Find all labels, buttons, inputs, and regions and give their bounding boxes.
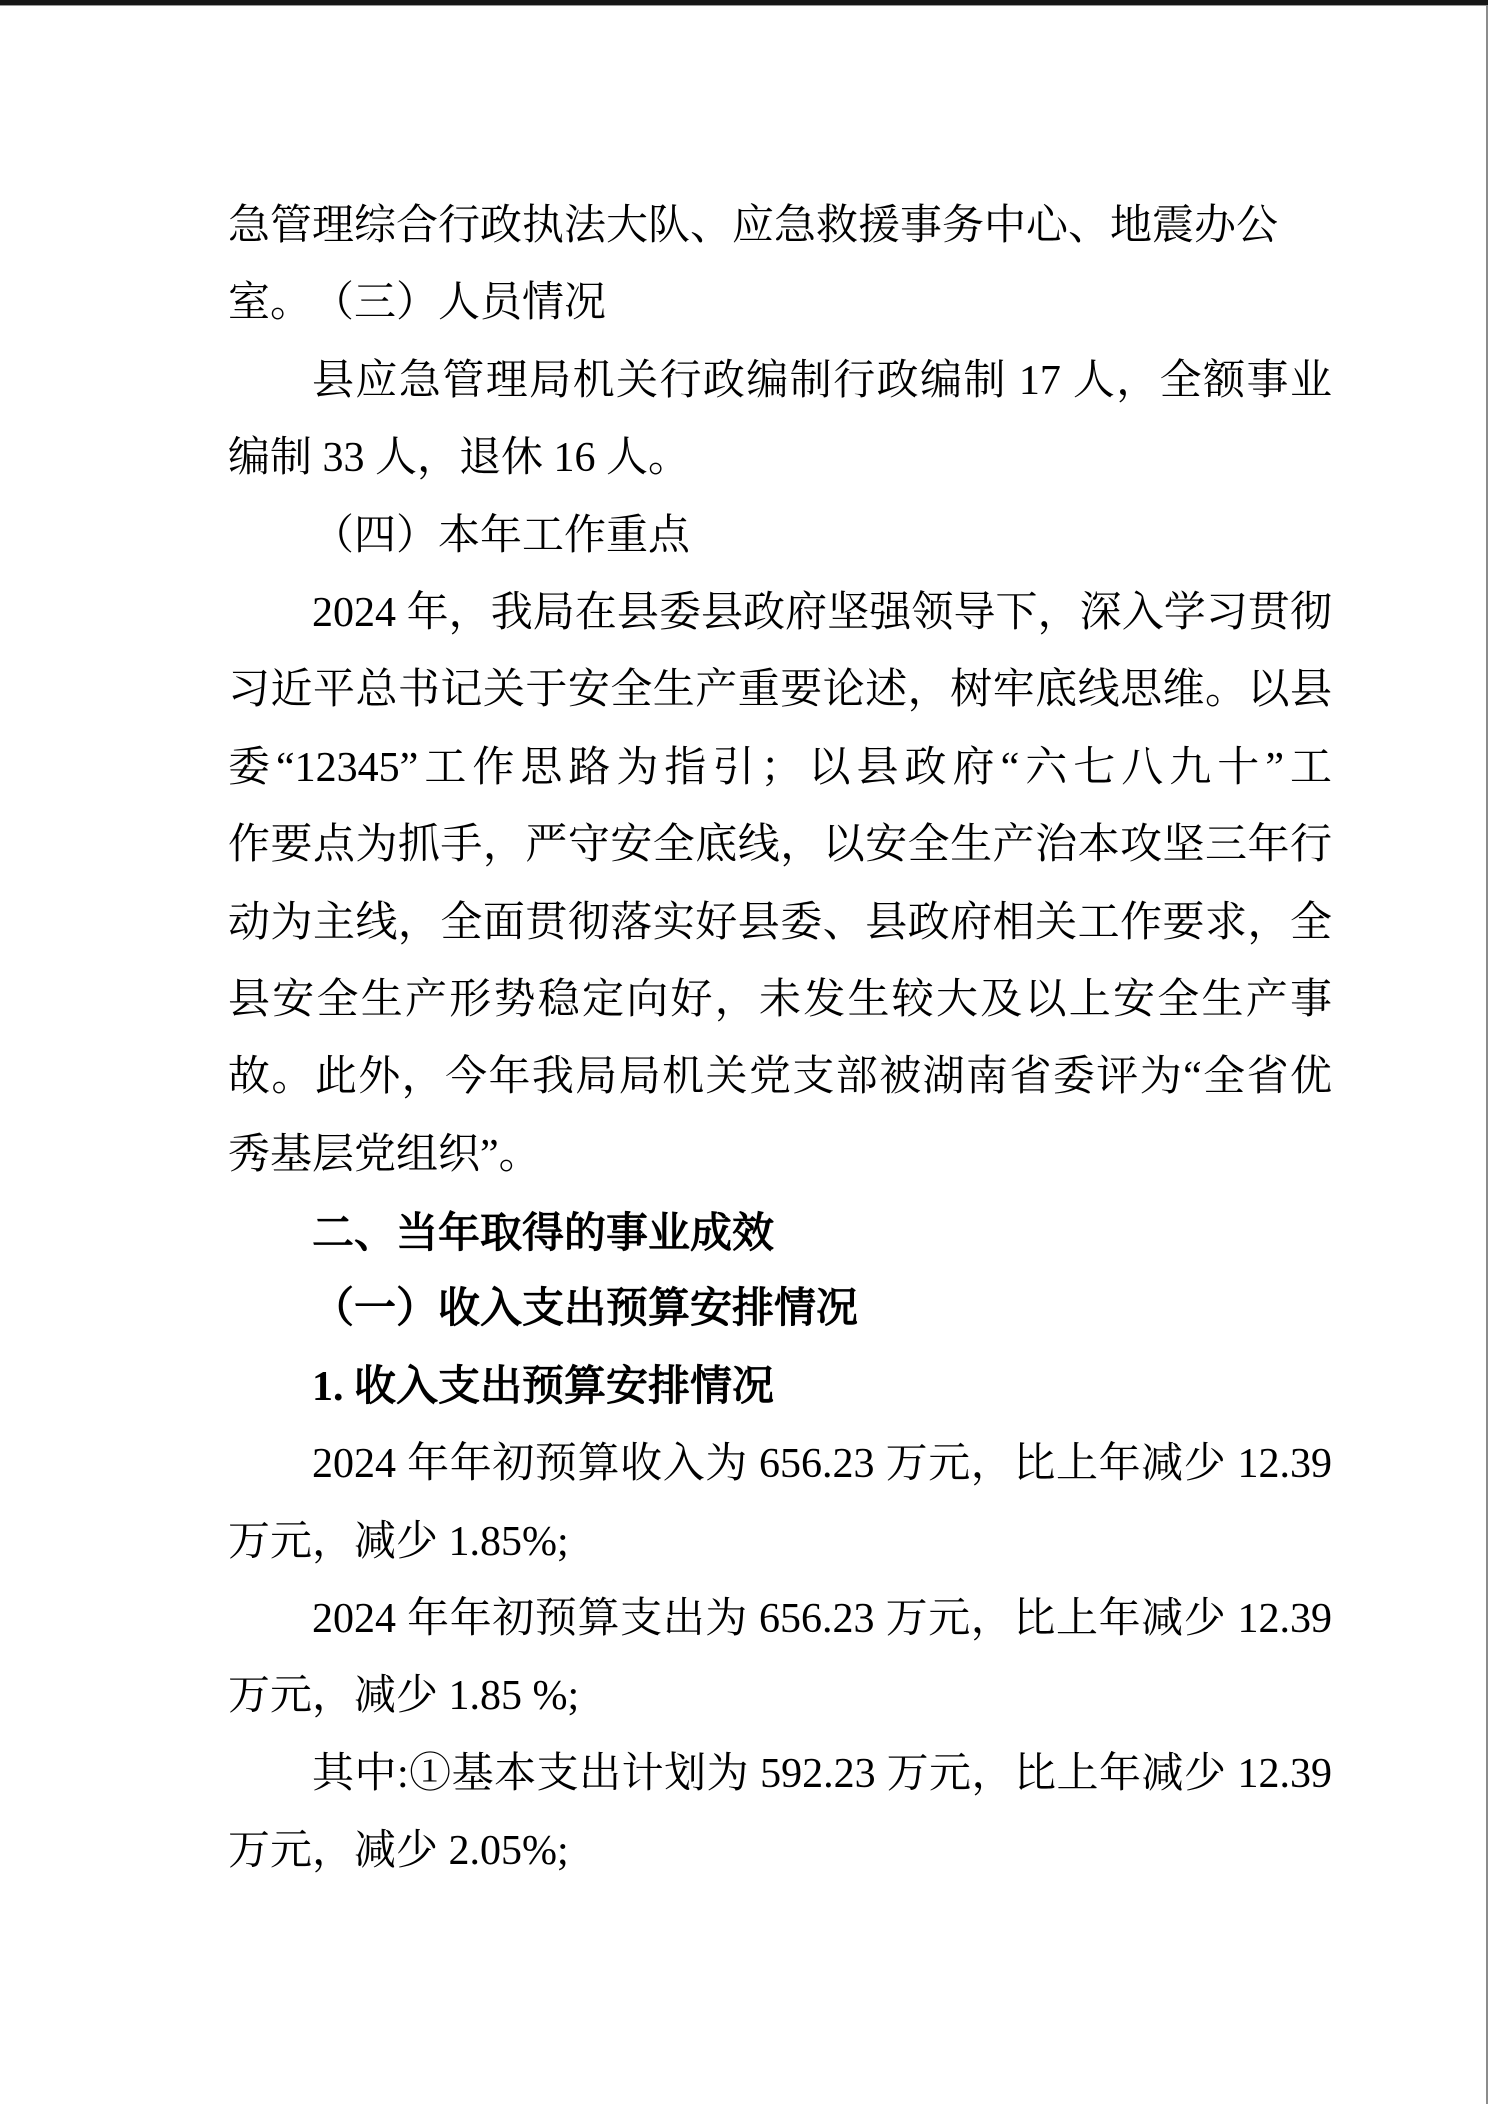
document-content: 急管理综合行政执法大队、应急救援事务中心、地震办公室。（三）人员情况县应急管理局… (228, 188, 1332, 1891)
para-2024-key-work-line-8: 秀基层党组织”。 (228, 1117, 1332, 1194)
para-budget-income-line-2: 万元，减少 1.85%; (228, 1504, 1332, 1581)
heading-section-4-key-work-line-1: （四）本年工作重点 (228, 498, 1332, 575)
para-budget-income-line-1: 2024 年年初预算收入为 656.23 万元，比上年减少 12.39 (228, 1426, 1332, 1503)
para-basic-expense-plan-line-1: 其中:①基本支出计划为 592.23 万元，比上年减少 12.39 (228, 1736, 1332, 1813)
para-continued-agencies-line-1: 急管理综合行政执法大队、应急救援事务中心、地震办公室。 (228, 188, 1332, 265)
para-basic-expense-plan-line-2: 万元，减少 2.05%; (228, 1813, 1332, 1890)
para-budget-expense-line-2: 万元，减少 1.85 %; (228, 1658, 1332, 1735)
para-budget-expense-line-1: 2024 年年初预算支出为 656.23 万元，比上年减少 12.39 (228, 1581, 1332, 1658)
para-personnel-line-1: 县应急管理局机关行政编制行政编制 17 人，全额事业 (228, 343, 1332, 420)
para-personnel-line-2: 编制 33 人，退休 16 人。 (228, 420, 1332, 497)
para-2024-key-work-line-5: 动为主线，全面贯彻落实好县委、县政府相关工作要求，全 (228, 885, 1332, 962)
heading-2-1-budget-arrangement-line-1: （一）收入支出预算安排情况 (228, 1271, 1332, 1348)
heading-section-3-personnel-line-1: （三）人员情况 (228, 265, 1332, 342)
para-2024-key-work-line-7: 故。此外，今年我局局机关党支部被湖南省委评为“全省优 (228, 1039, 1332, 1116)
para-2024-key-work-line-6: 县安全生产形势稳定向好，未发生较大及以上安全生产事 (228, 962, 1332, 1039)
para-2024-key-work-line-1: 2024 年，我局在县委县政府坚强领导下，深入学习贯彻 (228, 575, 1332, 652)
heading-part-2-achievements-line-1: 二、当年取得的事业成效 (228, 1194, 1332, 1271)
window-top-edge (0, 0, 1488, 6)
para-2024-key-work-line-4: 作要点为抓手，严守安全底线，以安全生产治本攻坚三年行 (228, 807, 1332, 884)
document-page: 急管理综合行政执法大队、应急救援事务中心、地震办公室。（三）人员情况县应急管理局… (0, 0, 1488, 2104)
heading-1-budget-arrangement-line-1: 1. 收入支出预算安排情况 (228, 1349, 1332, 1426)
para-2024-key-work-line-3: 委“12345”工作思路为指引；以县政府“六七八九十”工 (228, 730, 1332, 807)
para-2024-key-work-line-2: 习近平总书记关于安全生产重要论述，树牢底线思维。以县 (228, 652, 1332, 729)
